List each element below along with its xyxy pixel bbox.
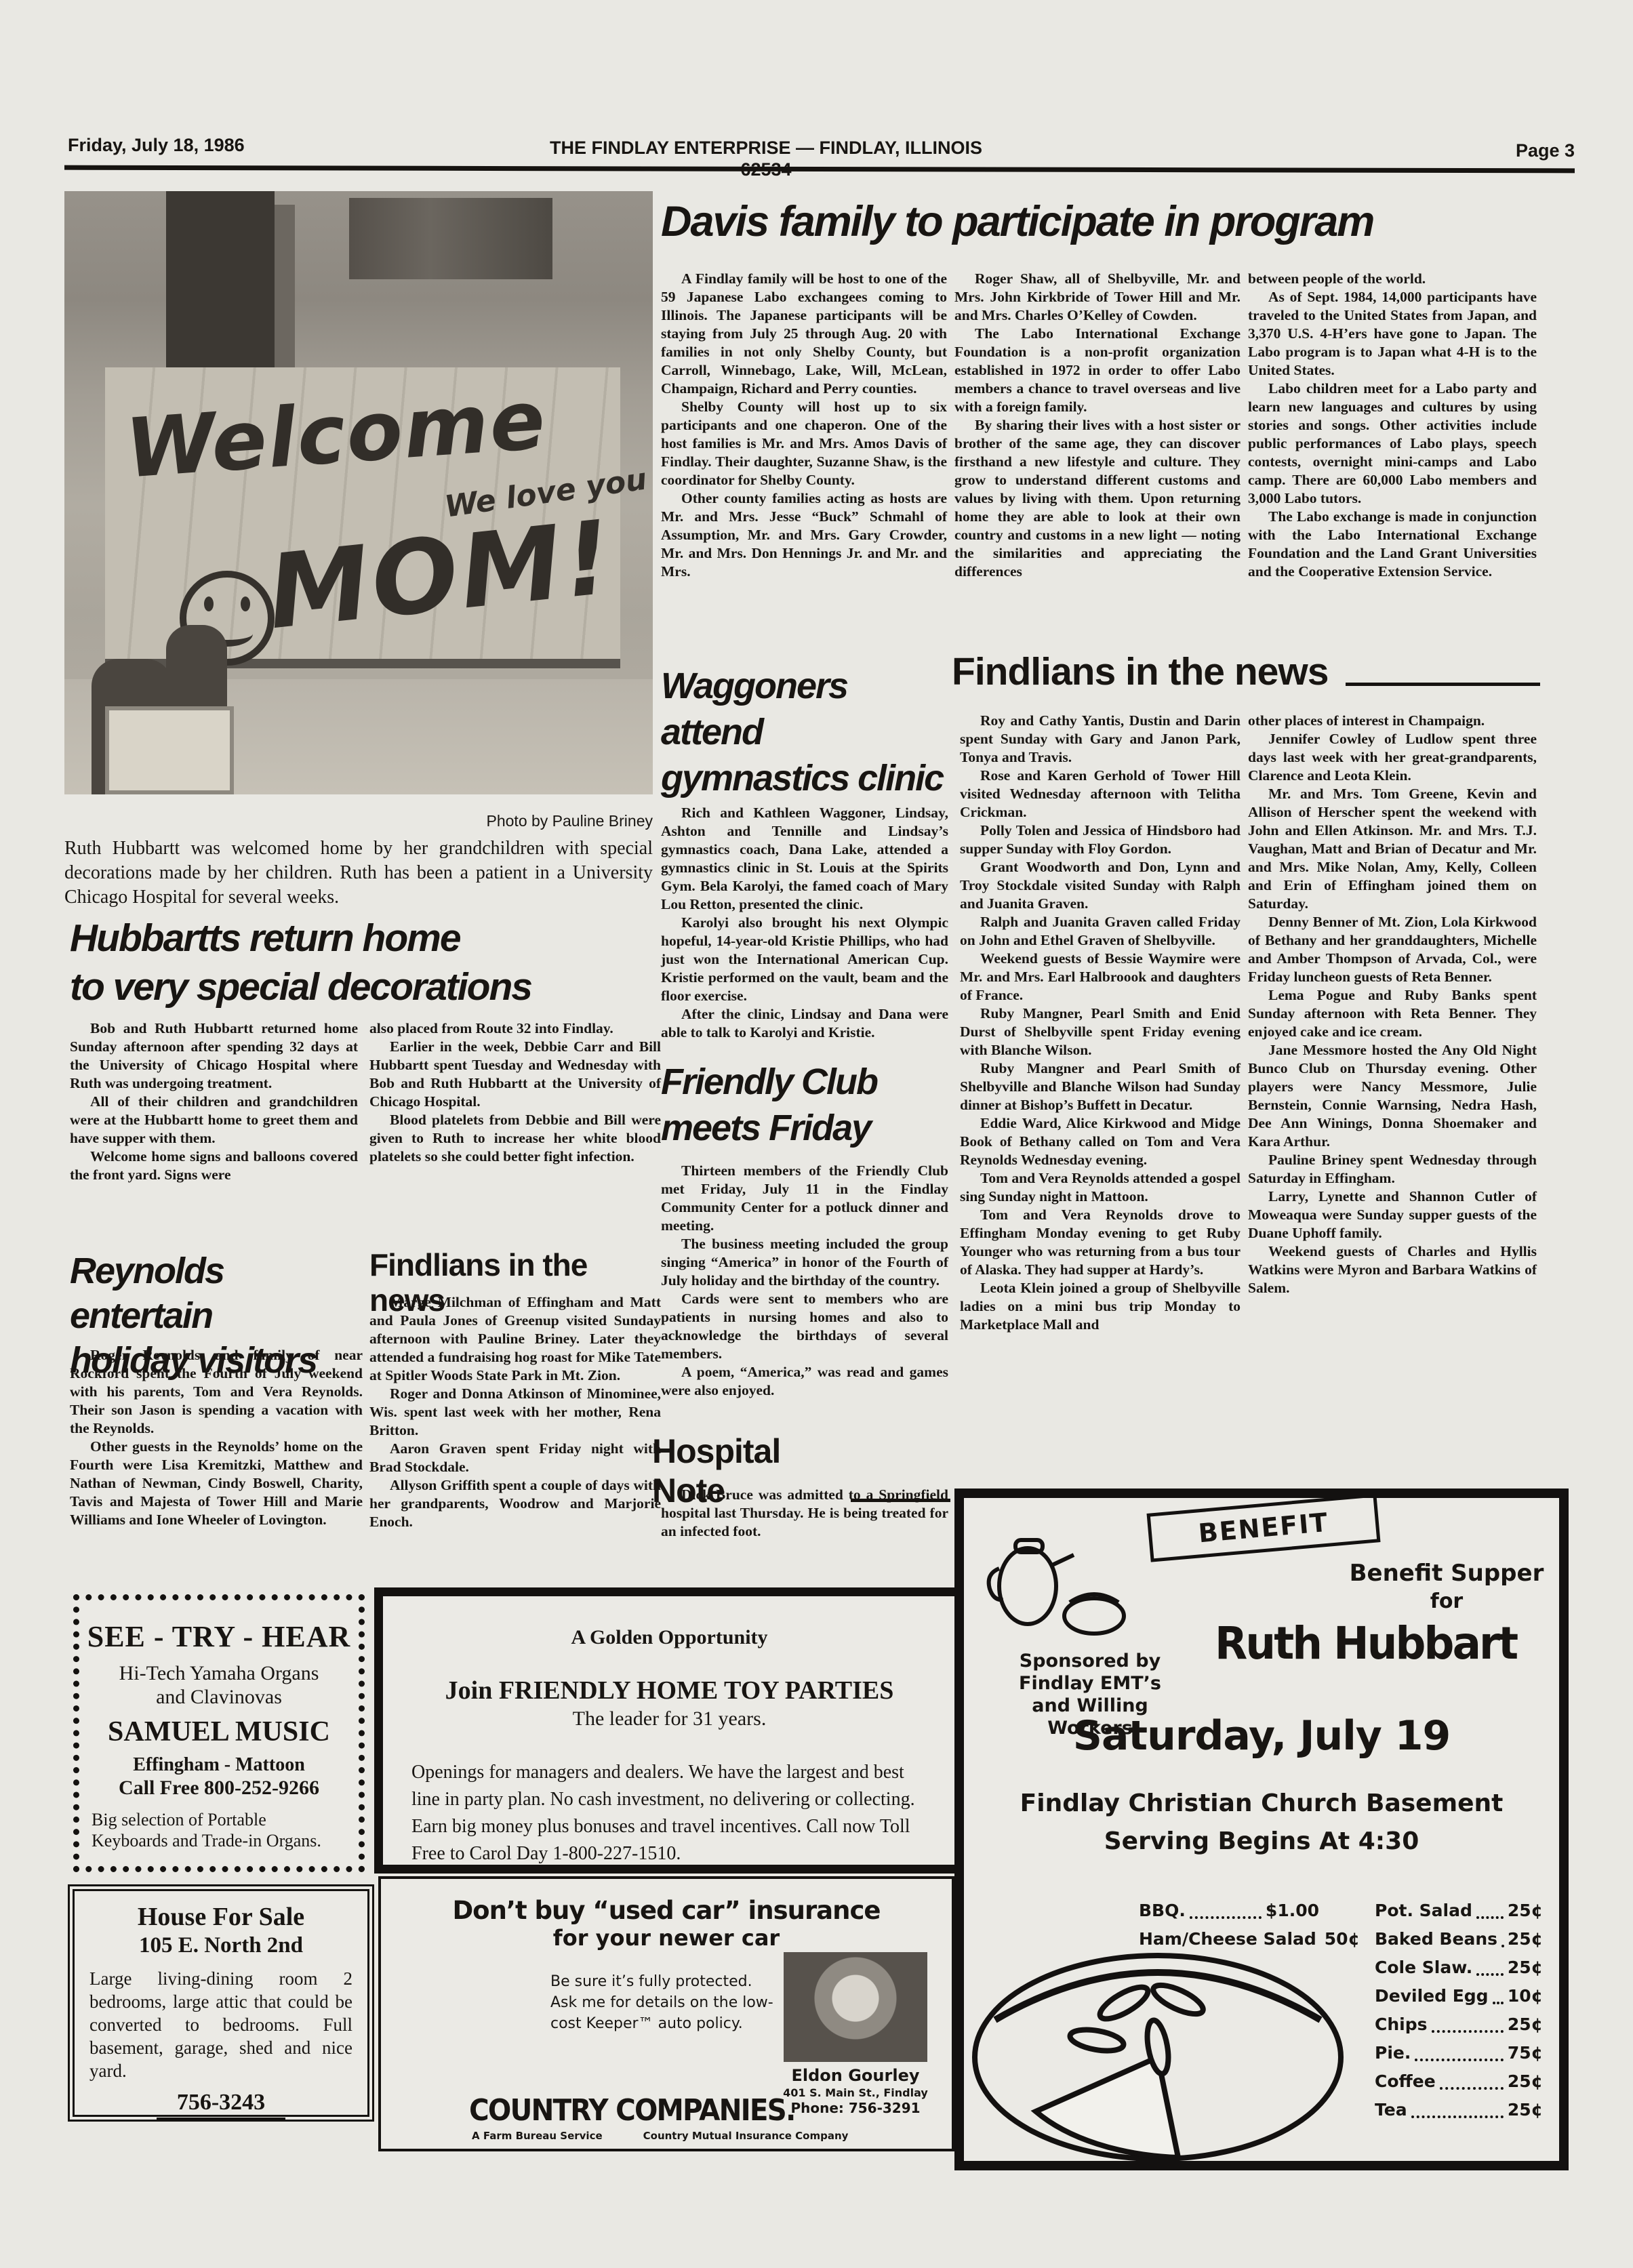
menu-item-row: Baked Beans25¢: [1375, 1925, 1543, 1953]
masthead-title: THE FINDLAY ENTERPRISE — FINDLAY, ILLINO…: [536, 137, 996, 180]
hospital-note-body: Dick Bruce was admitted to a Springfield…: [661, 1486, 948, 1541]
benefit-location: Findlay Christian Church Basement: [964, 1789, 1559, 1818]
toy-parties-ad: A Golden Opportunity Join FRIENDLY HOME …: [374, 1587, 965, 1874]
paragraph: Rose and Karen Gerhold of Tower Hill vis…: [960, 767, 1241, 822]
news-photo: Welcome We love you MOM!: [64, 191, 653, 794]
benefit-serving-time: Serving Begins At 4:30: [964, 1827, 1559, 1856]
findlians-main-rule: [1346, 683, 1540, 686]
davis-column-2: Roger Shaw, all of Shelbyville, Mr. and …: [954, 270, 1241, 581]
paragraph: Bob and Ruth Hubbartt returned home Sund…: [70, 1019, 358, 1093]
cc-ad-title-line2: for your newer car: [381, 1925, 952, 1951]
toy-ad-title: Join FRIENDLY HOME TOY PARTIES: [383, 1676, 956, 1705]
menu-item-row: Cole Slaw.25¢: [1375, 1953, 1543, 1982]
paragraph: Leota Klein joined a group of Shelbyvill…: [960, 1279, 1241, 1334]
samuel-ad-line1: Hi-Tech Yamaha Organs: [79, 1661, 359, 1686]
photo-doorway: [166, 191, 275, 374]
benefit-menu-right: Pot. Salad25¢Baked Beans25¢Cole Slaw.25¢…: [1375, 1897, 1543, 2124]
paragraph: Earlier in the week, Debbie Carr and Bil…: [369, 1038, 661, 1111]
paragraph: also placed from Route 32 into Findlay.: [369, 1019, 661, 1038]
menu-item-row: Pot. Salad25¢: [1375, 1897, 1543, 1925]
findlians-main-column-2: other places of interest in Champaign.Je…: [1248, 712, 1537, 1297]
samuel-ad-note: Big selection of Portable Keyboards and …: [92, 1809, 346, 1851]
paragraph: Jennifer Cowley of Ludlow spent three da…: [1248, 730, 1537, 785]
paragraph: The Labo International Exchange Foundati…: [954, 325, 1241, 416]
paragraph: other places of interest in Champaign.: [1248, 712, 1537, 730]
paragraph: Ruby Mangner, Pearl Smith and Enid Durst…: [960, 1005, 1241, 1059]
paragraph: Ruby Mangner and Pearl Smith of Shelbyvi…: [960, 1059, 1241, 1114]
paragraph: Cards were sent to members who are patie…: [661, 1290, 948, 1363]
menu-item-price: 25¢: [1508, 2067, 1543, 2096]
findlians-small-body: Marge Milchman of Effingham and Matt and…: [369, 1293, 661, 1531]
menu-item-row: Coffee25¢: [1375, 2067, 1543, 2096]
menu-item-row: BBQ.$1.00: [1139, 1897, 1319, 1925]
davis-column-1: A Findlay family will be host to one of …: [661, 270, 947, 581]
menu-item-price: 25¢: [1508, 1953, 1543, 1982]
davis-headline: Davis family to participate in program: [661, 198, 1544, 245]
paragraph: Roger and Donna Atkinson of Minominee, W…: [369, 1385, 661, 1440]
hubbartts-headline-line2: to very special decorations: [70, 963, 680, 1011]
paragraph: Marge Milchman of Effingham and Matt and…: [369, 1293, 661, 1385]
paragraph: As of Sept. 1984, 14,000 participants ha…: [1248, 288, 1537, 380]
menu-item-label: Coffee: [1375, 2067, 1436, 2096]
house-ad-body: Large living-dining room 2 bedrooms, lar…: [89, 1967, 352, 2082]
paragraph: Lema Pogue and Ruby Banks spent Sunday a…: [1248, 986, 1537, 1041]
menu-item-price: 75¢: [1508, 2039, 1543, 2067]
menu-item-row: Pie.75¢: [1375, 2039, 1543, 2067]
paragraph: Denny Benner of Mt. Zion, Lola Kirkwood …: [1248, 913, 1537, 986]
reynolds-headline-line1: Reynolds entertain: [70, 1249, 368, 1338]
paragraph: Karolyi also brought his next Olympic ho…: [661, 914, 948, 1005]
photo-caption: Ruth Hubbartt was welcomed home by her g…: [64, 836, 653, 910]
benefit-sponsor-name: Findlay EMT’s: [988, 1672, 1192, 1695]
coffee-pot-illustration: [980, 1521, 1136, 1643]
paragraph: Pauline Briney spent Wednesday through S…: [1248, 1151, 1537, 1188]
country-companies-ad: Don’t buy “used car” insurance for your …: [378, 1876, 954, 2151]
paragraph: Polly Tolen and Jessica of Hindsboro had…: [960, 822, 1241, 858]
samuel-ad-cities: Effingham - Mattoon: [79, 1754, 359, 1777]
waggoners-headline-line1: Waggoners attend: [661, 663, 952, 755]
cc-ad-tags: A Farm Bureau ServiceCountry Mutual Insu…: [472, 2130, 889, 2142]
paragraph: A Findlay family will be host to one of …: [661, 270, 947, 398]
paragraph: Aaron Graven spent Friday night with Bra…: [369, 1440, 661, 1476]
benefit-supper-ad: BENEFIT Benefit Supper for Sponsored by …: [954, 1489, 1569, 2170]
cc-ad-tag1: A Farm Bureau Service: [472, 2130, 603, 2142]
paragraph: Weekend guests of Charles and Hyllis Wat…: [1248, 1242, 1537, 1297]
menu-item-row: Chips25¢: [1375, 2010, 1543, 2039]
menu-item-price: 25¢: [1508, 2010, 1543, 2039]
menu-item-row: Deviled Egg10¢: [1375, 1982, 1543, 2010]
house-ad-address: 105 E. North 2nd: [75, 1932, 367, 1959]
menu-item-row: Tea25¢: [1375, 2096, 1543, 2124]
findlians-main-column-1: Roy and Cathy Yantis, Dustin and Darin s…: [960, 712, 1241, 1334]
samuel-ad-store-name: SAMUEL MUSIC: [79, 1716, 359, 1748]
dot-leader: [1432, 2030, 1504, 2033]
photo-window: [349, 198, 552, 279]
benefit-honoree-name: Ruth Hubbart: [1215, 1620, 1531, 1667]
cc-ad-body: Be sure it’s fully protected. Ask me for…: [550, 1971, 774, 2034]
paragraph: Roger Shaw, all of Shelbyville, Mr. and …: [954, 270, 1241, 325]
menu-item-price: 25¢: [1508, 1897, 1543, 1925]
paragraph: Jane Messmore hosted the Any Old Night B…: [1248, 1041, 1537, 1151]
paragraph: Roy and Cathy Yantis, Dustin and Darin s…: [960, 712, 1241, 767]
toy-ad-subtitle: The leader for 31 years.: [383, 1707, 956, 1730]
dot-leader: [1476, 1916, 1504, 1919]
dot-leader: [1493, 2002, 1504, 2004]
menu-item-label: Deviled Egg: [1375, 1982, 1489, 2010]
menu-item-label: Chips: [1375, 2010, 1428, 2039]
paragraph: All of their children and grandchildren …: [70, 1093, 358, 1148]
house-ad-title: House For Sale: [75, 1902, 367, 1932]
paragraph: After the clinic, Lindsay and Dana were …: [661, 1005, 948, 1042]
agent-portrait-photo: [784, 1952, 927, 2062]
paragraph: Larry, Lynette and Shannon Cutler of Mow…: [1248, 1188, 1537, 1242]
reynolds-body: Roger Reynolds and family of near Rockfo…: [70, 1346, 363, 1529]
cc-ad-agent-phone: Phone: 756-3291: [777, 2100, 934, 2116]
country-companies-logo: COUNTRY COMPANIES.: [469, 2096, 795, 2126]
toy-ad-body: Openings for managers and dealers. We ha…: [411, 1759, 927, 1867]
paragraph: Tom and Vera Reynolds attended a gospel …: [960, 1169, 1241, 1206]
paragraph: Rich and Kathleen Waggoner, Lindsay, Ash…: [661, 804, 948, 914]
paragraph: Thirteen members of the Friendly Club me…: [661, 1162, 948, 1235]
paragraph: Eddie Ward, Alice Kirkwood and Midge Boo…: [960, 1114, 1241, 1169]
benefit-for-label: for: [1345, 1590, 1548, 1613]
paragraph: between people of the world.: [1248, 270, 1537, 288]
dot-leader: [1190, 1916, 1262, 1919]
menu-item-label: Pie.: [1375, 2039, 1411, 2067]
cc-ad-title-line1: Don’t buy “used car” insurance: [381, 1897, 952, 1925]
friendly-headline-line2: meets Friday: [661, 1105, 952, 1151]
menu-item-price: 25¢: [1508, 1925, 1543, 1953]
photo-credit: Photo by Pauline Briney: [64, 812, 653, 830]
paragraph: The Labo exchange is made in conjunction…: [1248, 508, 1537, 581]
paragraph: Ralph and Juanita Graven called Friday o…: [960, 913, 1241, 950]
hubbartts-column-1: Bob and Ruth Hubbartt returned home Sund…: [70, 1019, 358, 1184]
paragraph: By sharing their lives with a host siste…: [954, 416, 1241, 581]
menu-item-label: BBQ.: [1139, 1897, 1186, 1925]
menu-item-label: Cole Slaw.: [1375, 1953, 1472, 1982]
hubbartts-headline-line1: Hubbartts return home: [70, 914, 680, 963]
dot-leader: [1501, 1945, 1504, 1947]
friendly-headline-line1: Friendly Club: [661, 1059, 952, 1105]
paragraph: Welcome home signs and balloons covered …: [70, 1148, 358, 1184]
friendly-body: Thirteen members of the Friendly Club me…: [661, 1162, 948, 1400]
davis-column-3: between people of the world.As of Sept. …: [1248, 270, 1537, 581]
dot-leader: [1411, 2115, 1504, 2118]
cc-ad-agent-address: 401 S. Main St., Findlay: [777, 2086, 934, 2100]
menu-item-price: $1.00: [1266, 1897, 1319, 1925]
samuel-ad-line2: and Clavinovas: [79, 1686, 359, 1709]
paragraph: Labo children meet for a Labo party and …: [1248, 380, 1537, 508]
photo-welcome-sign: [105, 706, 234, 794]
samuel-music-ad: SEE - TRY - HEAR Hi-Tech Yamaha Organs a…: [73, 1594, 365, 1872]
paragraph: Weekend guests of Bessie Waymire were Mr…: [960, 950, 1241, 1005]
paragraph: Dick Bruce was admitted to a Springfield…: [661, 1486, 948, 1541]
paragraph: The business meeting included the group …: [661, 1235, 948, 1290]
paragraph: Other county families acting as hosts ar…: [661, 489, 947, 581]
house-ad-phone: 756-3243: [157, 2089, 285, 2120]
menu-item-label: Baked Beans: [1375, 1925, 1497, 1953]
benefit-supper-label: Benefit Supper: [1345, 1560, 1548, 1586]
dot-leader: [1476, 1973, 1504, 1976]
benefit-sponsored-by: Sponsored by: [988, 1650, 1192, 1672]
paragraph: Blood platelets from Debbie and Bill wer…: [369, 1111, 661, 1166]
benefit-date: Saturday, July 19: [964, 1714, 1559, 1758]
paragraph: Grant Woodworth and Don, Lynn and Troy S…: [960, 858, 1241, 913]
house-for-sale-ad: House For Sale 105 E. North 2nd Large li…: [68, 1884, 374, 2122]
menu-item-price: 25¢: [1508, 2096, 1543, 2124]
paragraph: Tom and Vera Reynolds drove to Effingham…: [960, 1206, 1241, 1279]
menu-item-price: 10¢: [1508, 1982, 1543, 2010]
hubbartts-column-2: also placed from Route 32 into Findlay.E…: [369, 1019, 661, 1166]
samuel-ad-phone: Call Free 800-252-9266: [79, 1777, 359, 1800]
waggoners-headline-line2: gymnastics clinic: [661, 755, 952, 801]
benefit-banner-ribbon: BENEFIT: [1147, 1493, 1381, 1562]
dot-leader: [1415, 2059, 1503, 2061]
paragraph: Shelby County will host up to six partic…: [661, 398, 947, 489]
paragraph: Mr. and Mrs. Tom Greene, Kevin and Allis…: [1248, 785, 1537, 913]
menu-item-label: Tea: [1375, 2096, 1407, 2124]
findlians-main-headline: Findlians in the news: [952, 649, 1328, 694]
paragraph: Roger Reynolds and family of near Rockfo…: [70, 1346, 363, 1438]
paragraph: Allyson Griffith spent a couple of days …: [369, 1476, 661, 1531]
cc-ad-agent-name: Eldon Gourley: [777, 2066, 934, 2085]
menu-item-label: Pot. Salad: [1375, 1897, 1472, 1925]
masthead-date: Friday, July 18, 1986: [68, 134, 245, 156]
paragraph: A poem, “America,” was read and games we…: [661, 1363, 948, 1400]
cc-ad-tag2: Country Mutual Insurance Company: [643, 2130, 849, 2142]
toy-ad-eyebrow: A Golden Opportunity: [383, 1626, 956, 1649]
masthead-page-number: Page 3: [1516, 140, 1575, 161]
newspaper-page: Friday, July 18, 1986 THE FINDLAY ENTERP…: [0, 0, 1633, 2268]
dot-leader: [1440, 2087, 1504, 2090]
paragraph: Other guests in the Reynolds’ home on th…: [70, 1438, 363, 1529]
waggoners-body: Rich and Kathleen Waggoner, Lindsay, Ash…: [661, 804, 948, 1042]
pie-illustration: [954, 1939, 1361, 2162]
samuel-ad-title: SEE - TRY - HEAR: [79, 1619, 359, 1655]
